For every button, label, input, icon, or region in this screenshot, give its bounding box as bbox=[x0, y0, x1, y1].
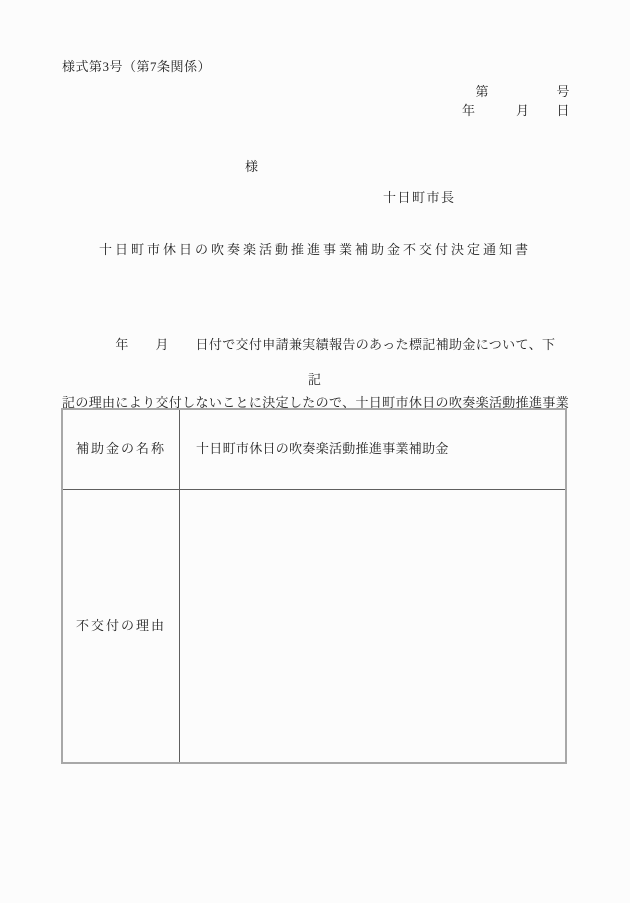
record-marker: 記 bbox=[0, 371, 630, 390]
document-date-line: 年 月 日 bbox=[462, 102, 570, 121]
document-number-line: 第 号 bbox=[475, 83, 570, 102]
document-title: 十日町市休日の吹奏楽活動推進事業補助金不交付決定通知書 bbox=[0, 241, 630, 260]
subsidy-name-label: 補助金の名称 bbox=[63, 410, 180, 490]
recipient-suffix: 様 bbox=[245, 158, 258, 177]
form-number: 様式第3号（第7条関係） bbox=[62, 58, 211, 77]
sender-name: 十日町市長 bbox=[383, 189, 456, 208]
subsidy-name-value: 十日町市休日の吹奏楽活動推進事業補助金 bbox=[180, 410, 566, 490]
refusal-reason-value bbox=[180, 490, 566, 763]
table-row-subsidy-name: 補助金の名称 十日町市休日の吹奏楽活動推進事業補助金 bbox=[63, 410, 566, 490]
document-page: 様式第3号（第7条関係） 第 号 年 月 日 様 十日町市長 十日町市休日の吹奏… bbox=[0, 0, 630, 903]
refusal-reason-label: 不交付の理由 bbox=[63, 490, 180, 763]
table-row-refusal-reason: 不交付の理由 bbox=[63, 490, 566, 763]
body-line-1: 年 月 日付で交付申請兼実績報告のあった標記補助金について、下 bbox=[62, 335, 570, 356]
notice-table: 補助金の名称 十日町市休日の吹奏楽活動推進事業補助金 不交付の理由 bbox=[62, 409, 566, 763]
